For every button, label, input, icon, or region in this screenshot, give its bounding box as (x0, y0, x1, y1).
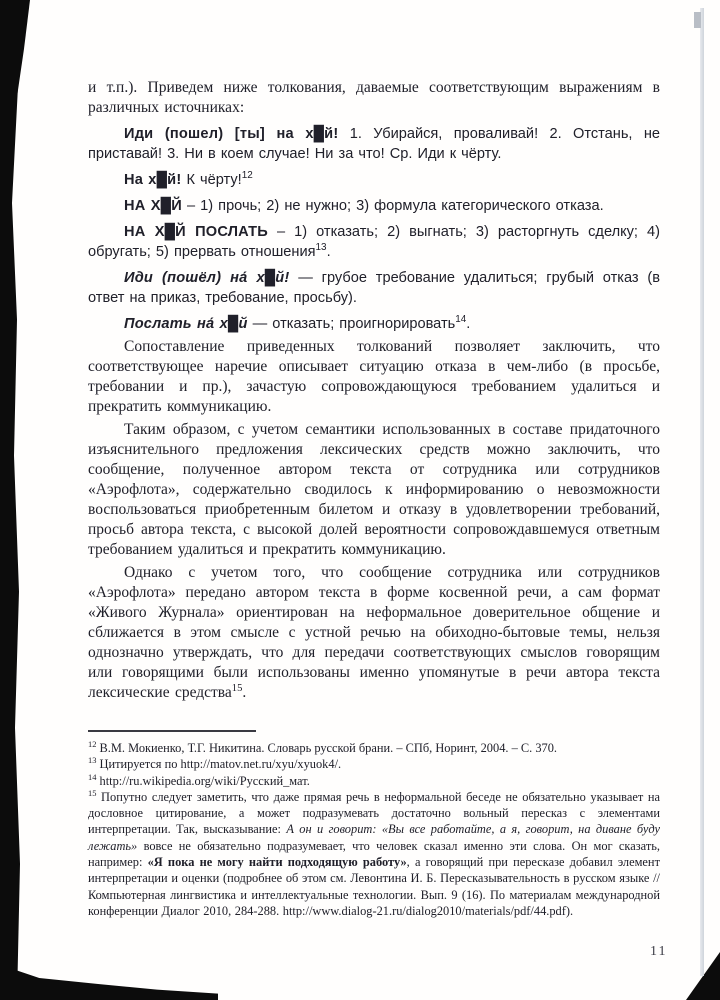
scan-artifact-left-bar (0, 28, 20, 1000)
scan-artifact-page-edge-line (700, 8, 704, 976)
footnotes-section: 12 В.М. Мокиенко, Т.Г. Никитина. Словарь… (88, 730, 660, 919)
footnote-15-number: 15 (88, 788, 96, 798)
entry-6-definition: — отказать; проигнорировать (248, 316, 456, 332)
entry-4-headword: НА Х█Й ПОСЛАТЬ (124, 224, 268, 240)
analysis-3-text: Однако с учетом того, что сообщение сотр… (88, 564, 660, 701)
entry-1-headword: Иди (пошел) [ты] на х█й! (124, 126, 338, 142)
dictionary-entry-5: Иди (пошёл) на́ х█й! — грубое требование… (88, 268, 660, 308)
dictionary-entry-3: НА Х█Й – 1) прочь; 2) не нужно; 3) форму… (88, 196, 660, 216)
text-column: и т.п.). Приведем ниже толкования, давае… (88, 78, 660, 703)
dictionary-entry-6: Послать на́ х█й — отказать; проигнориров… (88, 314, 660, 334)
dictionary-entry-1: Иди (пошел) [ты] на х█й! 1. Убирайся, пр… (88, 124, 660, 164)
footnote-separator-rule (88, 730, 256, 732)
footnote-13: 13 Цитируется по http://matov.net.ru/xyu… (88, 756, 660, 772)
footnote-14: 14 http://ru.wikipedia.org/wiki/Русский_… (88, 773, 660, 789)
footnote-13-text: Цитируется по http://matov.net.ru/xyu/xy… (100, 757, 342, 771)
analysis-1-text: Сопоставление приведенных толкований поз… (88, 338, 660, 415)
footnote-15: 15 Попутно следует заметить, что даже пр… (88, 789, 660, 919)
intro-text: и т.п.). Приведем ниже толкования, давае… (88, 79, 660, 116)
analysis-3-tail: . (242, 684, 246, 701)
intro-paragraph: и т.п.). Приведем ниже толкования, давае… (88, 78, 660, 118)
footnote-12: 12 В.М. Мокиенко, Т.Г. Никитина. Словарь… (88, 740, 660, 756)
footnote-14-text: http://ru.wikipedia.org/wiki/Русский_мат… (100, 774, 310, 788)
dictionary-entry-2: На х█й! К чёрту!12 (88, 170, 660, 190)
scan-artifact-bottom-strip (0, 960, 218, 1000)
dictionary-entry-4: НА Х█Й ПОСЛАТЬ – 1) отказать; 2) выгнать… (88, 222, 660, 262)
entry-2-definition: К чёрту! (181, 172, 241, 188)
entry-3-headword: НА Х█Й (124, 198, 182, 214)
footnote-15-emphasized-quote: «Я пока не могу найти подходящую работу» (148, 855, 407, 869)
entry-6-headword: Послать на́ х█й (124, 316, 248, 332)
entry-4-tail: . (327, 244, 331, 260)
entry-3-definition: – 1) прочь; 2) не нужно; 3) формула кате… (182, 198, 604, 214)
footnote-12-number: 12 (88, 739, 96, 749)
footnote-ref-14: 14 (455, 314, 466, 325)
entry-6-tail: . (466, 316, 470, 332)
scanned-document-page: и т.п.). Приведем ниже толкования, давае… (0, 0, 720, 1000)
analysis-paragraph-1: Сопоставление приведенных толкований поз… (88, 337, 660, 417)
entry-2-headword: На х█й! (124, 172, 181, 188)
footnote-ref-12: 12 (242, 170, 253, 181)
analysis-2-text: Таким образом, с учетом семантики исполь… (88, 421, 660, 558)
footnote-ref-15: 15 (232, 683, 243, 694)
entry-5-headword: Иди (пошёл) на́ х█й! (124, 270, 289, 286)
page-number: 11 (650, 944, 667, 960)
footnote-13-number: 13 (88, 755, 96, 765)
analysis-paragraph-3: Однако с учетом того, что сообщение сотр… (88, 563, 660, 703)
scan-artifact-top-right-tick (694, 12, 701, 28)
analysis-paragraph-2: Таким образом, с учетом семантики исполь… (88, 420, 660, 560)
footnote-12-text: В.М. Мокиенко, Т.Г. Никитина. Словарь ру… (100, 741, 558, 755)
footnote-ref-13: 13 (316, 242, 327, 253)
footnote-14-number: 14 (88, 771, 96, 781)
